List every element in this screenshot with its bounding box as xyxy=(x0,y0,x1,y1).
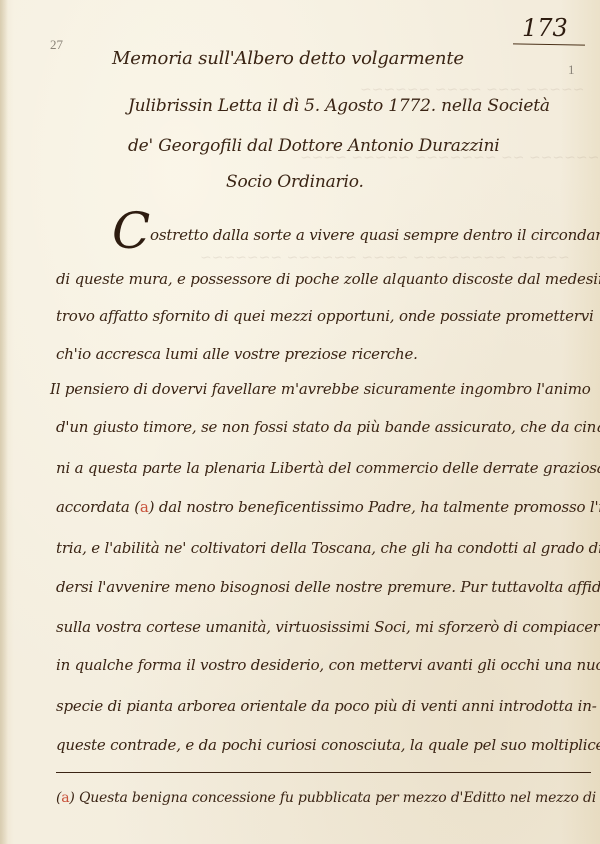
title-line-3: de' Georgofili dal Dottore Antonio Duraz… xyxy=(128,136,499,156)
body-line-5: Il pensiero di dovervi favellare m'avreb… xyxy=(50,380,591,398)
body-line-10: dersi l'avvenire meno bisognosi delle no… xyxy=(56,578,600,596)
body-line-11: sulla vostra cortese umanità, virtuosiss… xyxy=(56,618,600,636)
body-line-8-end: dal nostro beneficentissimo Padre, ha ta… xyxy=(159,498,600,516)
folio-underline xyxy=(513,43,585,45)
body-line-8-start: accordata xyxy=(56,498,130,516)
body-line-1: ostretto dalla sorte a vivere quasi semp… xyxy=(150,226,600,244)
body-line-4: ch'io accresca lumi alle vostre preziose… xyxy=(56,345,418,363)
body-line-9: tria, e l'abilità ne' coltivatori della … xyxy=(56,539,600,557)
body-line-3: trovo affatto sfornito di quei mezzi opp… xyxy=(56,307,594,325)
title-line-4: Socio Ordinario. xyxy=(226,172,364,192)
drop-cap: C xyxy=(112,206,150,256)
archive-number: 27 xyxy=(50,37,63,53)
footnote-rule xyxy=(56,772,591,773)
footnote: (a) Questa benigna concessione fu pubbli… xyxy=(56,790,600,806)
verso-bleed-through: ~~~~~ ~~~~~~~~ ~~~~ ~~~~~~ ~~~~~~~ xyxy=(200,250,570,266)
body-line-7: ni a questa parte la plenaria Libertà de… xyxy=(56,459,600,477)
sheet-number: 1 xyxy=(568,62,575,78)
body-line-8: accordata (a) dal nostro beneficentissim… xyxy=(56,498,600,516)
body-line-13: specie di pianta arborea orientale da po… xyxy=(56,697,597,715)
manuscript-page: ~~~~~ ~~~ ~~~~ ~~~~~~ ~~~~~~ ~~ ~~~~~~~ … xyxy=(0,0,600,844)
title-line-2: Julibrissin Letta il dì 5. Agosto 1772. … xyxy=(128,96,550,116)
note-marker-a: (a) xyxy=(134,498,159,516)
body-line-6: d'un giusto timore, se non fossi stato d… xyxy=(56,418,600,436)
folio-number: 173 xyxy=(522,14,568,42)
body-line-12: in qualche forma il vostro desiderio, co… xyxy=(56,656,600,674)
body-line-2: di queste mura, e possessore di poche zo… xyxy=(56,270,600,288)
footnote-text: Questa benigna concessione fu pubblicata… xyxy=(79,790,600,806)
page-edge-shadow xyxy=(0,0,8,844)
body-line-14: queste contrade, e da pochi curiosi cono… xyxy=(56,736,600,754)
footnote-marker: (a) xyxy=(56,790,79,806)
title-line-1: Memoria sull'Albero detto volgarmente xyxy=(112,48,464,69)
